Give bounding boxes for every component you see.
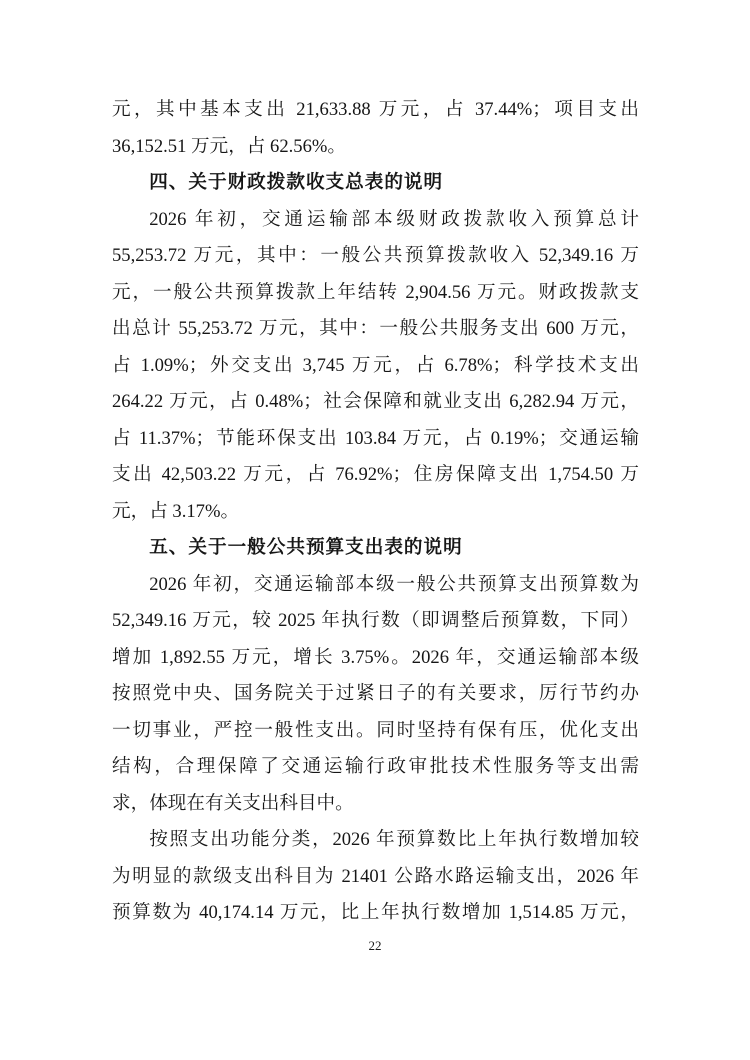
page-number: 22	[0, 936, 750, 956]
text-line: 36,152.51 万元，占 62.56%。	[112, 129, 639, 166]
text-line: 元，其中基本支出 21,633.88 万元，占 37.44%；项目支出	[112, 92, 639, 129]
text-line: 占 1.09%；外交支出 3,745 万元，占 6.78%；科学技术支出	[112, 348, 639, 385]
section-heading-5: 五、关于一般公共预算支出表的说明	[112, 530, 639, 567]
text-line: 264.22 万元，占 0.48%；社会保障和就业支出 6,282.94 万元，	[112, 384, 639, 421]
text-line: 2026 年初，交通运输部本级一般公共预算支出预算数为	[112, 567, 639, 604]
document-page: 元，其中基本支出 21,633.88 万元，占 37.44%；项目支出 36,1…	[0, 0, 750, 1060]
section-heading-4: 四、关于财政拨款收支总表的说明	[112, 165, 639, 202]
text-line: 占 11.37%；节能环保支出 103.84 万元，占 0.19%；交通运输	[112, 421, 639, 458]
text-line: 一切事业，严控一般性支出。同时坚持有保有压，优化支出	[112, 713, 639, 750]
text-line: 按照党中央、国务院关于过紧日子的有关要求，厉行节约办	[112, 676, 639, 713]
text-line: 元，占 3.17%。	[112, 494, 639, 531]
text-line: 求，体现在有关支出科目中。	[112, 786, 639, 823]
text-line: 出总计 55,253.72 万元，其中：一般公共服务支出 600 万元，	[112, 311, 639, 348]
text-line: 为明显的款级支出科目为 21401 公路水路运输支出，2026 年	[112, 859, 639, 896]
text-line: 结构，合理保障了交通运输行政审批技术性服务等支出需	[112, 749, 639, 786]
text-line: 55,253.72 万元，其中：一般公共预算拨款收入 52,349.16 万	[112, 238, 639, 275]
document-body: 元，其中基本支出 21,633.88 万元，占 37.44%；项目支出 36,1…	[112, 92, 639, 932]
text-line: 2026 年初，交通运输部本级财政拨款收入预算总计	[112, 202, 639, 239]
text-line: 预算数为 40,174.14 万元，比上年执行数增加 1,514.85 万元，	[112, 895, 639, 932]
text-line: 支出 42,503.22 万元，占 76.92%；住房保障支出 1,754.50…	[112, 457, 639, 494]
text-line: 增加 1,892.55 万元，增长 3.75%。2026 年，交通运输部本级	[112, 640, 639, 677]
text-line: 按照支出功能分类，2026 年预算数比上年执行数增加较	[112, 822, 639, 859]
text-line: 52,349.16 万元，较 2025 年执行数（即调整后预算数，下同）	[112, 603, 639, 640]
text-line: 元，一般公共预算拨款上年结转 2,904.56 万元。财政拨款支	[112, 275, 639, 312]
